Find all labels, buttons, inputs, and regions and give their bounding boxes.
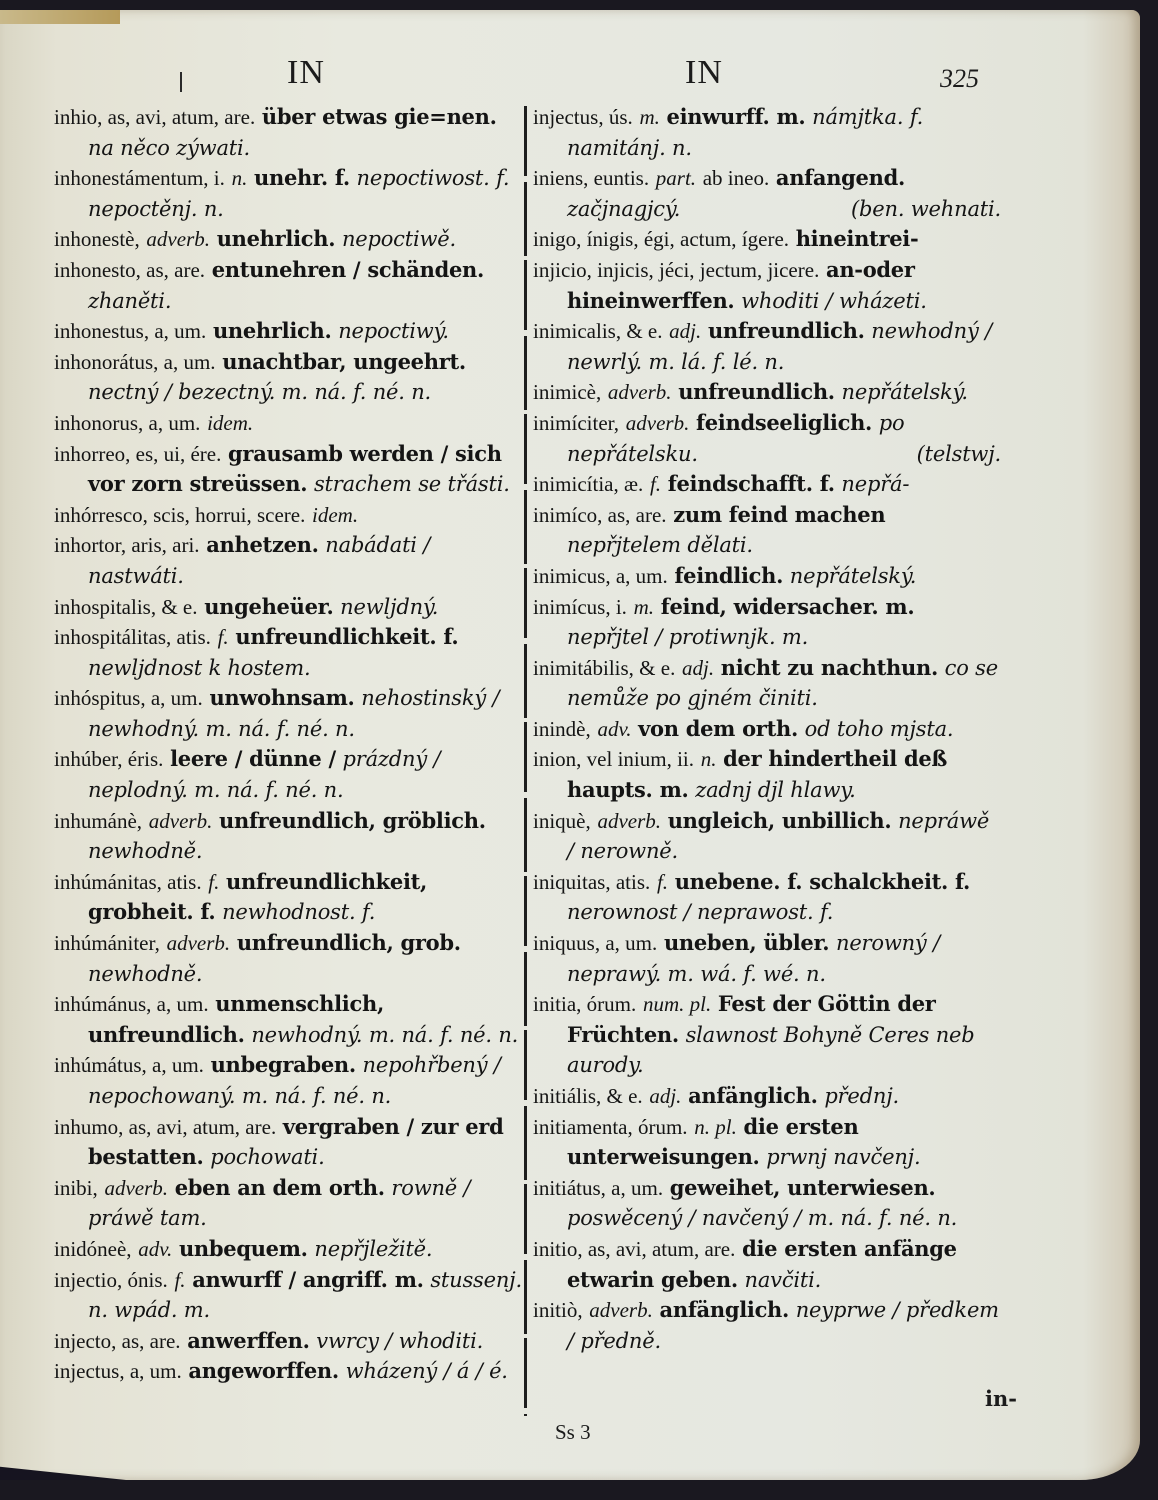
german-gloss: unwohnsam.	[209, 685, 354, 710]
grammar-label: adverb.	[597, 809, 661, 833]
headword: initio, as, avi, atum, are.	[533, 1237, 735, 1261]
grammar-label: n.	[701, 747, 717, 771]
german-gloss: unbequem.	[179, 1236, 308, 1261]
grammar-label: adverb.	[589, 1298, 653, 1322]
headword: inhúmánitas, atis.	[54, 870, 202, 894]
dictionary-entry: inimitábilis, & e. adj. nicht zu nachthu…	[533, 653, 1001, 714]
grammar-label: m.	[634, 595, 654, 619]
dictionary-entry: inhortor, aris, ari. anhetzen. nabádati …	[54, 530, 528, 591]
dictionary-entry: iniquè, adverb. ungleich, unbillich. nep…	[533, 806, 1001, 867]
czech-gloss: newljdnost k hostem.	[88, 656, 310, 680]
dictionary-entry: initiò, adverb. anfänglich. neyprwe / př…	[533, 1295, 1001, 1356]
dictionary-entry: inhumo, as, avi, atum, are. vergraben / …	[54, 1112, 528, 1173]
german-gloss: eben an dem orth.	[175, 1175, 385, 1200]
headword: inhórresco, scis, horrui, scere.	[54, 503, 305, 527]
headword: iniquitas, atis.	[533, 870, 650, 894]
dictionary-entry: injectus, ús. m. einwurff. m. námjtka. f…	[533, 102, 1001, 163]
german-gloss: ungleich, unbillich.	[668, 808, 892, 833]
headword: inhio, as, avi, atum, are.	[54, 105, 255, 129]
german-gloss: anhetzen.	[206, 532, 318, 557]
german-gloss: anwerffen.	[187, 1328, 309, 1353]
german-gloss: unachtbar, ungeehrt.	[222, 349, 466, 374]
right-column: injectus, ús. m. einwurff. m. námjtka. f…	[533, 102, 1001, 1356]
headword: inhortor, aris, ari.	[54, 533, 200, 557]
german-gloss: hineintrei-	[796, 226, 919, 251]
grammar-label: f.	[650, 472, 661, 496]
dictionary-entry: iniens, euntis. part. ab ineo. anfangend…	[533, 163, 1001, 224]
headword: injectus, ús.	[533, 105, 633, 129]
german-gloss: ungeheüer.	[204, 594, 333, 619]
german-gloss: zum feind machen	[673, 502, 885, 527]
headword: inhospitalis, & e.	[54, 595, 198, 619]
dictionary-entry: inhórresco, scis, horrui, scere. idem.	[54, 500, 528, 531]
dictionary-entry: inhonestámentum, i. n. unehr. f. nepocti…	[54, 163, 528, 224]
headword: initiamenta, órum.	[533, 1115, 688, 1139]
czech-gloss: od toho mjsta.	[805, 717, 954, 741]
grammar-label: f.	[208, 870, 219, 894]
czech-gloss: wházený / á / é.	[346, 1359, 508, 1383]
grammar-label: adv.	[597, 717, 631, 741]
dictionary-entry: inhospitalis, & e. ungeheüer. newljdný.	[54, 592, 528, 623]
dictionary-entry: inhonorus, a, um. idem.	[54, 408, 528, 439]
grammar-label: part.	[656, 166, 696, 190]
grammar-label: adverb.	[626, 411, 690, 435]
dictionary-entry: inhonesto, as, are. entunehren / schände…	[54, 255, 528, 316]
czech-gloss: pochowati.	[210, 1145, 324, 1169]
headword: inion, vel inium, ii.	[533, 747, 694, 771]
overflow-note: (telstwj.	[951, 439, 1001, 470]
headword: iniquus, a, um.	[533, 931, 657, 955]
german-gloss: anfänglich.	[688, 1083, 818, 1108]
headword: inimitábilis, & e.	[533, 656, 675, 680]
grammar-label: f.	[657, 870, 668, 894]
dictionary-entry: inhóspitus, a, um. unwohnsam. nehostinsk…	[54, 683, 528, 744]
headword: inhorreo, es, ui, ére.	[54, 442, 221, 466]
dictionary-entry: initiamenta, órum. n. pl. die ersten unt…	[533, 1112, 1001, 1173]
grammar-label: n.	[232, 166, 248, 190]
czech-gloss: newhodně.	[88, 839, 202, 863]
headword: inhonestè,	[54, 227, 140, 251]
german-gloss: anwurff / angriff. m.	[192, 1267, 423, 1292]
headword: injectio, ónis.	[54, 1268, 168, 1292]
german-gloss: angeworffen.	[188, 1358, 338, 1383]
headword: inimíco, as, are.	[533, 503, 667, 527]
headword: inhúmániter,	[54, 931, 160, 955]
czech-gloss: nepřjležitě.	[314, 1237, 432, 1261]
dictionary-entry: inhúmániter, adverb. unfreundlich, grob.…	[54, 928, 528, 989]
dictionary-entry: inigo, ínigis, égi, actum, ígere. hinein…	[533, 224, 1001, 255]
headword: inibi,	[54, 1176, 98, 1200]
german-gloss: leere / dünne /	[170, 746, 336, 771]
grammar-label: num. pl.	[643, 992, 711, 1016]
german-gloss: unfreundlich.	[678, 379, 835, 404]
grammar-label: adj.	[649, 1084, 681, 1108]
headword: inimicus, a, um.	[533, 564, 668, 588]
dictionary-entry: inimíciter, adverb. feindseeliglich. po …	[533, 408, 1001, 469]
czech-gloss: strachem se třásti.	[314, 472, 510, 496]
czech-gloss: newljdný.	[340, 595, 438, 619]
german-gloss: unehr. f.	[254, 165, 350, 190]
left-column: inhio, as, avi, atum, are. über etwas gi…	[54, 102, 528, 1387]
headword: initiális, & e.	[533, 1084, 643, 1108]
headword: inhonestámentum, i.	[54, 166, 225, 190]
headword: inhonestus, a, um.	[54, 319, 206, 343]
dictionary-entry: inhospitálitas, atis. f. unfreundlichkei…	[54, 622, 528, 683]
dictionary-entry: iniquitas, atis. f. unebene. f. schalckh…	[533, 867, 1001, 928]
czech-gloss: nepřátelský.	[842, 380, 968, 404]
german-gloss: uneben, übler.	[664, 930, 829, 955]
german-gloss: nicht zu nachthun.	[721, 655, 938, 680]
german-gloss: unehrlich.	[217, 226, 336, 251]
dictionary-entry: inhonorátus, a, um. unachtbar, ungeehrt.…	[54, 347, 528, 408]
czech-gloss: newhodně.	[88, 962, 202, 986]
czech-gloss: zhaněti.	[88, 289, 171, 313]
czech-gloss: na něco zýwati.	[88, 136, 250, 160]
headword: inindè,	[533, 717, 591, 741]
dictionary-entry: inion, vel inium, ii. n. der hindertheil…	[533, 744, 1001, 805]
czech-gloss: nerownost / neprawost. f.	[567, 900, 833, 924]
headword: inimicítia, æ.	[533, 472, 643, 496]
german-gloss: entunehren / schänden.	[212, 257, 484, 282]
dictionary-entry: injectus, a, um. angeworffen. wházený / …	[54, 1356, 528, 1387]
czech-gloss: navčiti.	[745, 1268, 822, 1292]
dictionary-entry: injecto, as, are. anwerffen. vwrcy / who…	[54, 1326, 528, 1357]
german-gloss: anfänglich.	[660, 1297, 790, 1322]
dictionary-entry: inhorreo, es, ui, ére. grausamb werden /…	[54, 439, 528, 500]
grammar-label: f.	[174, 1268, 185, 1292]
grammar-label: adv.	[138, 1237, 172, 1261]
german-gloss: einwurff. m.	[667, 104, 806, 129]
headword: injectus, a, um.	[54, 1359, 182, 1383]
german-gloss: feindlich.	[674, 563, 783, 588]
catchword: in-	[985, 1386, 1017, 1411]
german-gloss: feind, widersacher. m.	[661, 594, 915, 619]
dictionary-entry: inimíco, as, are. zum feind machen nepřj…	[533, 500, 1001, 561]
dictionary-entry: inimícus, i. m. feind, widersacher. m. n…	[533, 592, 1001, 653]
dictionary-entry: inimicè, adverb. unfreundlich. nepřátels…	[533, 377, 1001, 408]
signature-mark: Ss 3	[555, 1420, 591, 1445]
headword: inimicè,	[533, 380, 601, 404]
grammar-label: adverb.	[146, 227, 210, 251]
running-head-right: IN	[685, 54, 723, 92]
headword: inhospitálitas, atis.	[54, 625, 211, 649]
grammar-label: adverb.	[104, 1176, 168, 1200]
headword: inigo, ínigis, égi, actum, ígere.	[533, 227, 789, 251]
headword: inimicalis, & e.	[533, 319, 662, 343]
dictionary-entry: iniquus, a, um. uneben, übler. nerowný /…	[533, 928, 1001, 989]
czech-gloss: nepoctiwý.	[338, 319, 449, 343]
dictionary-entry: initiális, & e. adj. anfänglich. přednj.	[533, 1081, 1001, 1112]
czech-gloss: newhodnost. f.	[222, 900, 375, 924]
overflow-note: (ben. wehnati.	[885, 194, 1001, 225]
czech-gloss: zadnj djl hlawy.	[695, 778, 855, 802]
dictionary-entry: injectio, ónis. f. anwurff / angriff. m.…	[54, 1265, 528, 1326]
dictionary-entry: inimicalis, & e. adj. unfreundlich. newh…	[533, 316, 1001, 377]
german-gloss: feindschafft. f.	[668, 471, 835, 496]
german-gloss: unbegraben.	[211, 1052, 356, 1077]
grammar-label: f.	[218, 625, 229, 649]
czech-gloss: přednj.	[824, 1084, 899, 1108]
german-gloss: von dem orth.	[638, 716, 798, 741]
czech-gloss: vwrcy / whoditi.	[316, 1329, 483, 1353]
headword: inhumo, as, avi, atum, are.	[54, 1115, 276, 1139]
dictionary-entry: initia, órum. num. pl. Fest der Göttin d…	[533, 989, 1001, 1081]
headword: inhúber, éris.	[54, 747, 163, 771]
german-gloss: unfreundlichkeit. f.	[235, 624, 458, 649]
german-gloss: feindseeliglich.	[696, 410, 872, 435]
german-gloss: unfreundlich, gröblich.	[219, 808, 486, 833]
grammar-label: idem.	[207, 411, 253, 435]
german-gloss: unfreundlich, grob.	[237, 930, 461, 955]
czech-gloss: nepoctiwě.	[342, 227, 456, 251]
headword: initiátus, a, um.	[533, 1176, 663, 1200]
headword: inimíciter,	[533, 411, 619, 435]
grammar-label: adj.	[669, 319, 701, 343]
headword: inimícus, i.	[533, 595, 627, 619]
dictionary-entry: inimicítia, æ. f. feindschafft. f. nepřá…	[533, 469, 1001, 500]
czech-gloss: nepřjtel / protiwnjk. m.	[567, 625, 808, 649]
dictionary-entry: initiátus, a, um. geweihet, unterwiesen.…	[533, 1173, 1001, 1234]
grammar-label: idem.	[312, 503, 358, 527]
dictionary-entry: inhumánè, adverb. unfreundlich, gröblich…	[54, 806, 528, 867]
dictionary-entry: inindè, adv. von dem orth. od toho mjsta…	[533, 714, 1001, 745]
headword: inhonesto, as, are.	[54, 258, 205, 282]
dictionary-entry: injicio, injicis, jéci, jectum, jicere. …	[533, 255, 1001, 316]
grammar-label: m.	[639, 105, 659, 129]
headword: initia, órum.	[533, 992, 636, 1016]
czech-gloss: poswěcený / navčený / m. ná. f. né. n.	[567, 1206, 957, 1230]
czech-gloss: nectný / bezectný. m. ná. f. né. n.	[88, 380, 431, 404]
dictionary-page: IN IN 325 inhio, as, avi, atum, are. übe…	[0, 10, 1140, 1480]
dictionary-entry: inhúmánus, a, um. unmenschlich, unfreund…	[54, 989, 528, 1050]
headword: inhúmánus, a, um.	[54, 992, 209, 1016]
grammar-label: adverb.	[149, 809, 213, 833]
czech-gloss: začjnagjcý.	[567, 197, 680, 221]
german-gloss: unehrlich.	[213, 318, 332, 343]
stray-ink-mark	[180, 72, 182, 92]
running-head-left: IN	[287, 54, 325, 92]
czech-gloss: nepřátelský.	[790, 564, 916, 588]
headword: inidóneè,	[54, 1237, 132, 1261]
dictionary-entry: inidóneè, adv. unbequem. nepřjležitě.	[54, 1234, 528, 1265]
headword: initiò,	[533, 1298, 583, 1322]
german-gloss: unfreundlich.	[708, 318, 865, 343]
german-gloss: geweihet, unterwiesen.	[670, 1175, 936, 1200]
dictionary-entry: inhonestus, a, um. unehrlich. nepoctiwý.	[54, 316, 528, 347]
dictionary-entry: inhonestè, adverb. unehrlich. nepoctiwě.	[54, 224, 528, 255]
page-shadow	[0, 1458, 420, 1480]
czech-gloss: newhodný. m. ná. f. né. n.	[251, 1023, 518, 1047]
german-gloss: unebene. f. schalckheit. f.	[675, 869, 970, 894]
headword: inhonorus, a, um.	[54, 411, 200, 435]
grammar-label: adverb.	[167, 931, 231, 955]
headword: inhúmátus, a, um.	[54, 1053, 204, 1077]
headword: injecto, as, are.	[54, 1329, 181, 1353]
grammar-label: adj.	[682, 656, 714, 680]
grammar-label: adverb.	[608, 380, 672, 404]
dictionary-entry: inhúmátus, a, um. unbegraben. nepohřbený…	[54, 1050, 528, 1111]
headword: inhonorátus, a, um.	[54, 350, 216, 374]
dictionary-entry: inhio, as, avi, atum, are. über etwas gi…	[54, 102, 528, 163]
dictionary-entry: inibi, adverb. eben an dem orth. rowně /…	[54, 1173, 528, 1234]
headword: iniquè,	[533, 809, 591, 833]
czech-gloss: nepřjtelem dělati.	[567, 533, 753, 557]
dictionary-entry: initio, as, avi, atum, are. die ersten a…	[533, 1234, 1001, 1295]
dictionary-entry: inhúber, éris. leere / dünne / prázdný /…	[54, 744, 528, 805]
page-corner-fold	[0, 10, 120, 24]
headword: inhumánè,	[54, 809, 142, 833]
dictionary-entry: inhúmánitas, atis. f. unfreundlichkeit, …	[54, 867, 528, 928]
czech-gloss: nepřá-	[841, 472, 909, 496]
grammar-label: n. pl.	[694, 1115, 737, 1139]
headword: injicio, injicis, jéci, jectum, jicere.	[533, 258, 819, 282]
headword: iniens, euntis.	[533, 166, 649, 190]
czech-gloss: whoditi / wházeti.	[741, 289, 927, 313]
page-number: 325	[940, 64, 979, 94]
german-gloss: über etwas gie=nen.	[262, 104, 497, 129]
dictionary-entry: inimicus, a, um. feindlich. nepřátelský.	[533, 561, 1001, 592]
german-gloss: anfangend.	[776, 165, 905, 190]
czech-gloss: prwnj navčenj.	[766, 1145, 920, 1169]
etymology-note: ab ineo.	[703, 166, 769, 190]
headword: inhóspitus, a, um.	[54, 686, 203, 710]
